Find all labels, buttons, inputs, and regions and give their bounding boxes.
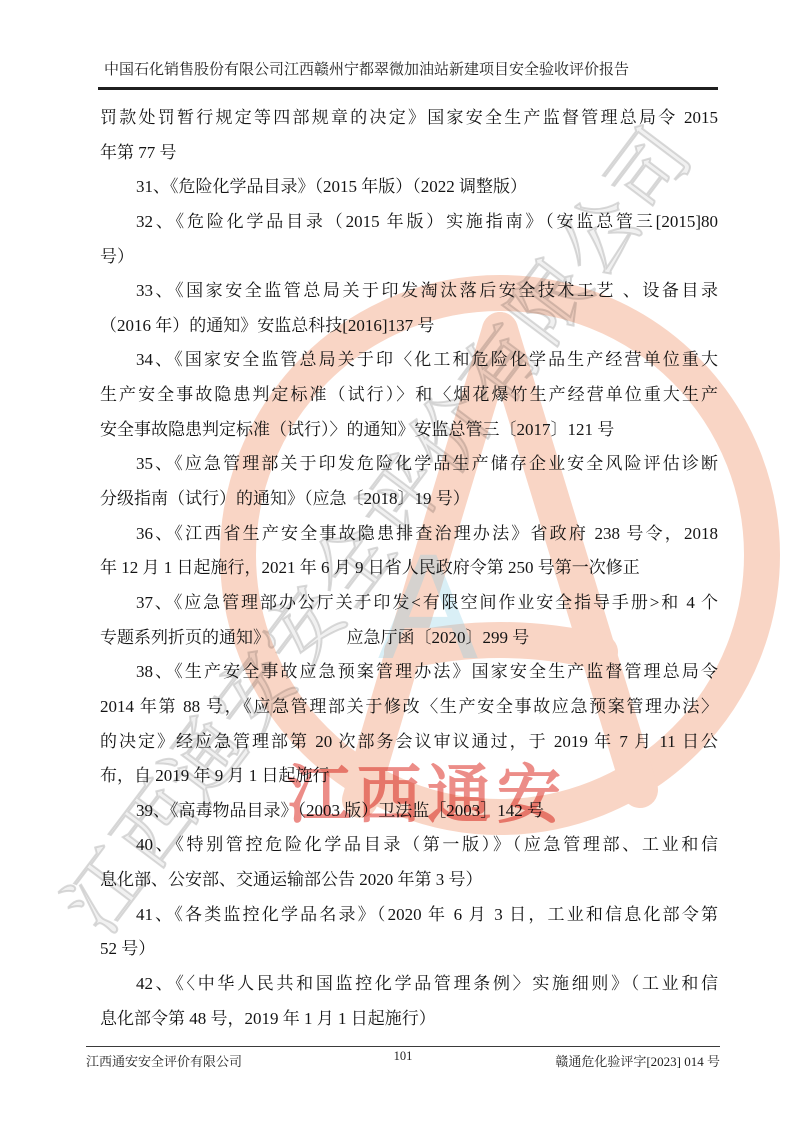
document-page: 江西通安安全评价有限公司 A 中国石化销售股份有限公司江西赣州宁都翠微加油站新建…: [0, 0, 800, 1131]
header-rule: [98, 87, 718, 90]
body-lines: 罚款处罚暂行规定等四部规章的决定》国家安全生产监督管理总局令 2015年第 77…: [100, 101, 718, 1036]
body-line: 专题系列折页的通知》 应急厅函〔2020〕299 号: [100, 621, 718, 656]
body-line: 布，自 2019 年 9 月 1 日起施行: [100, 759, 718, 794]
body-line: 52 号）: [100, 932, 718, 967]
body-line: 31、《危险化学品目录》（2015 年版）（2022 调整版）: [100, 170, 718, 205]
body-line: 息化部令第 48 号，2019 年 1 月 1 日起施行）: [100, 1002, 718, 1037]
body-line: 生产安全事故隐患判定标准（试行）〉和〈烟花爆竹生产经营单位重大生产: [100, 378, 718, 413]
body-line: 35、《应急管理部关于印发危险化学品生产储存企业安全风险评估诊断: [100, 447, 718, 482]
body-line: 40、《特别管控危险化学品目录（第一版）》（应急管理部、工业和信: [100, 828, 718, 863]
body-line: 分级指南（试行）的通知》（应急〔2018〕19 号）: [100, 482, 718, 517]
body-line: 年第 77 号: [100, 136, 718, 171]
body-line: 32、《危险化学品目录（2015 年版）实施指南》（安监总管三[2015]80: [100, 205, 718, 240]
body-line: 安全事故隐患判定标准（试行）〉的通知》安监总管三〔2017〕121 号: [100, 413, 718, 448]
body-line: 39、《高毒物品目录》（2003 版）卫法监［2003］142 号: [100, 794, 718, 829]
body-line: 33、《国家安全监管总局关于印发淘汰落后安全技术工艺 、设备目录: [100, 274, 718, 309]
body-line: 的决定》经应急管理部第 20 次部务会议审议通过，于 2019 年 7 月 11…: [100, 725, 718, 760]
body-line: 息化部、公安部、交通运输部公告 2020 年第 3 号）: [100, 863, 718, 898]
body-line: 41、《各类监控化学品名录》（2020 年 6 月 3 日，工业和信息化部令第: [100, 898, 718, 933]
footer-rule: [86, 1046, 720, 1047]
body-line: 号）: [100, 240, 718, 275]
body-line: 38、《生产安全事故应急预案管理办法》国家安全生产监督管理总局令: [100, 655, 718, 690]
body-line: 36、《江西省生产安全事故隐患排查治理办法》省政府 238 号令，2018: [100, 517, 718, 552]
body-line: 42、《〈中华人民共和国监控化学品管理条例〉实施细则》（工业和信: [100, 967, 718, 1002]
report-header-title: 中国石化销售股份有限公司江西赣州宁都翠微加油站新建项目安全验收评价报告: [104, 58, 629, 79]
body-line: 年 12 月 1 日起施行，2021 年 6 月 9 日省人民政府令第 250 …: [100, 551, 718, 586]
body-line: 34、《国家安全监管总局关于印〈化工和危险化学品生产经营单位重大: [100, 343, 718, 378]
footer-doc-number: 赣通危化验评字[2023] 014 号: [555, 1051, 720, 1070]
body-line: 2014 年第 88 号，《应急管理部关于修改〈生产安全事故应急预案管理办法〉: [100, 690, 718, 725]
body-line: 37、《应急管理部办公厅关于印发<有限空间作业安全指导手册>和 4 个: [100, 586, 718, 621]
body-line: 罚款处罚暂行规定等四部规章的决定》国家安全生产监督管理总局令 2015: [100, 101, 718, 136]
body-line: （2016 年）的通知》安监总科技[2016]137 号: [100, 309, 718, 344]
